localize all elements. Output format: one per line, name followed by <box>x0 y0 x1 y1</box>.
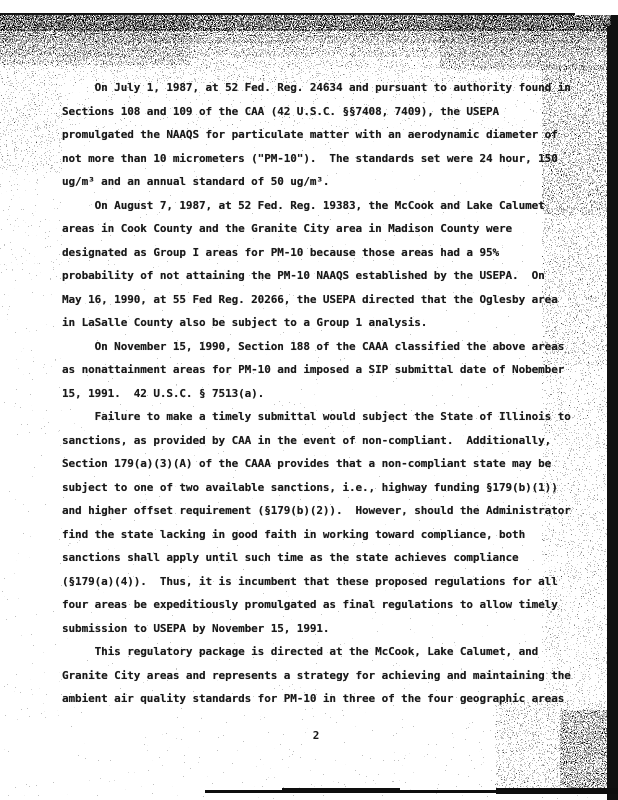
text-line: Granite City areas and represents a stra… <box>62 664 607 688</box>
text-line: (§179(a)(4)). Thus, it is incumbent that… <box>62 570 607 594</box>
text-line: probability of not attaining the PM-10 N… <box>62 264 607 288</box>
text-line: On July 1, 1987, at 52 Fed. Reg. 24634 a… <box>62 76 607 100</box>
text-line: On November 15, 1990, Section 188 of the… <box>62 335 607 359</box>
text-line: This regulatory package is directed at t… <box>62 640 607 664</box>
text-line: as nonattainment areas for PM-10 and imp… <box>62 358 607 382</box>
text-line: Section 179(a)(3)(A) of the CAAA provide… <box>62 452 607 476</box>
page-number: 2 <box>0 729 618 742</box>
text-line: 15, 1991. 42 U.S.C. § 7513(a). <box>62 382 607 406</box>
text-line: May 16, 1990, at 55 Fed Reg. 20266, the … <box>62 288 607 312</box>
text-line: Failure to make a timely submittal would… <box>62 405 607 429</box>
text-line: and higher offset requirement (§179(b)(2… <box>62 499 607 523</box>
text-line: ug/m³ and an annual standard of 50 ug/m³… <box>62 170 607 194</box>
text-line: ambient air quality standards for PM-10 … <box>62 687 607 711</box>
text-line: find the state lacking in good faith in … <box>62 523 607 547</box>
text-line: designated as Group I areas for PM-10 be… <box>62 241 607 265</box>
text-line: promulgated the NAAQS for particulate ma… <box>62 123 607 147</box>
text-line: subject to one of two available sanction… <box>62 476 607 500</box>
text-line: Sections 108 and 109 of the CAA (42 U.S.… <box>62 100 607 124</box>
text-line: sanctions shall apply until such time as… <box>62 546 607 570</box>
text-line: four areas be expeditiously promulgated … <box>62 593 607 617</box>
text-line: submission to USEPA by November 15, 1991… <box>62 617 607 641</box>
document-page: On July 1, 1987, at 52 Fed. Reg. 24634 a… <box>0 0 618 800</box>
text-line: not more than 10 micrometers ("PM-10"). … <box>62 147 607 171</box>
text-line: in LaSalle County also be subject to a G… <box>62 311 607 335</box>
text-line: areas in Cook County and the Granite Cit… <box>62 217 607 241</box>
document-text: On July 1, 1987, at 52 Fed. Reg. 24634 a… <box>62 76 607 711</box>
text-line: sanctions, as provided by CAA in the eve… <box>62 429 607 453</box>
text-line: On August 7, 1987, at 52 Fed. Reg. 19383… <box>62 194 607 218</box>
